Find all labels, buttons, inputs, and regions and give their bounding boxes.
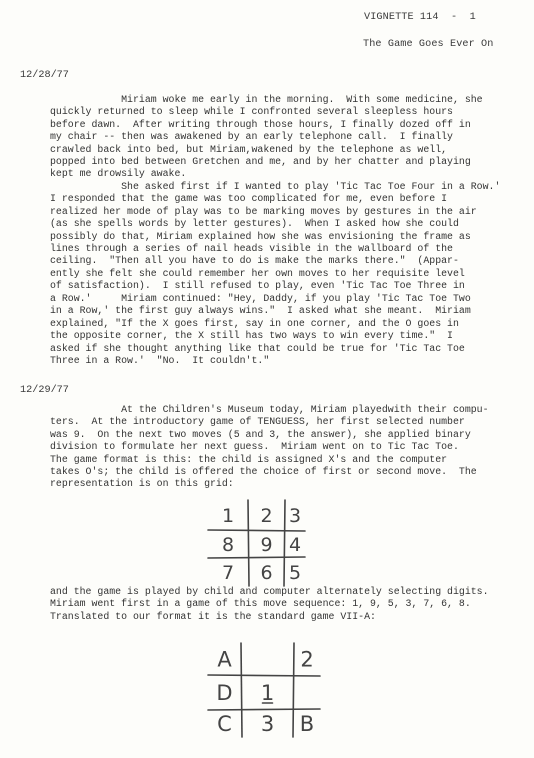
grid-cell: A bbox=[217, 648, 232, 672]
paragraph: Miriam woke me early in the morning. Wit… bbox=[50, 94, 530, 181]
grid-cell: 8 bbox=[222, 534, 234, 556]
entry-date: 12/29/77 bbox=[20, 385, 69, 396]
grid-cell: 6 bbox=[260, 562, 272, 584]
grid-cell: 1 bbox=[222, 505, 234, 527]
game-grid-vii-a: A2D1C3B bbox=[200, 640, 325, 745]
paragraph: Miriam continued: "Hey, Daddy, if you pl… bbox=[50, 293, 530, 367]
grid-cell: 4 bbox=[289, 534, 301, 556]
grid-cell: 7 bbox=[222, 562, 234, 584]
grid-cell: 9 bbox=[260, 534, 272, 556]
grid-cell: 3 bbox=[261, 712, 274, 736]
document-page: VIGNETTE 114 - 1 The Game Goes Ever On 1… bbox=[0, 0, 534, 758]
grid-cell: D bbox=[216, 681, 232, 705]
grid-cell: 2 bbox=[260, 505, 272, 527]
grid-cell: 5 bbox=[289, 562, 301, 584]
vignette-subtitle: The Game Goes Ever On bbox=[363, 39, 493, 50]
grid-cell: 3 bbox=[289, 505, 301, 527]
paragraph: She asked first if I wanted to play 'Tic… bbox=[50, 181, 530, 305]
grid-cell: B bbox=[300, 712, 314, 736]
number-grid: 123894765 bbox=[205, 498, 315, 593]
vignette-title: VIGNETTE 114 - 1 bbox=[364, 12, 476, 23]
paragraph: At the Children's Museum today, Miriam p… bbox=[50, 404, 530, 491]
grid-cell: 1 bbox=[261, 681, 274, 705]
grid-cell: C bbox=[217, 712, 232, 736]
entry-date: 12/28/77 bbox=[20, 70, 69, 81]
grid-cell: 2 bbox=[300, 648, 313, 672]
paragraph: and the game is played by child and comp… bbox=[50, 586, 530, 623]
